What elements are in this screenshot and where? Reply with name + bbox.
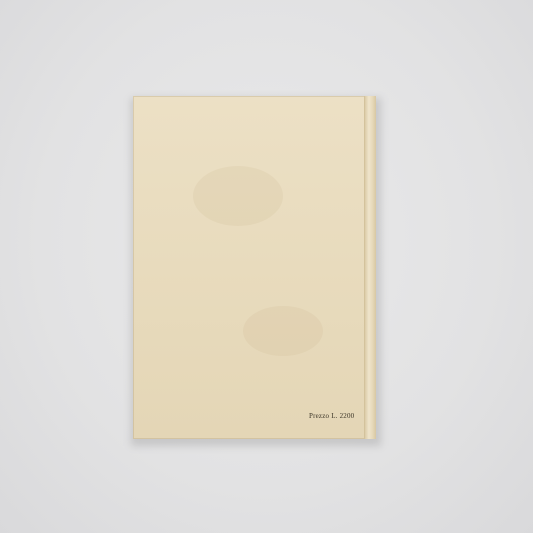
book-back-cover: Prezzo L. 2200 — [133, 96, 376, 439]
cover-stain — [243, 306, 323, 356]
price-label: Prezzo L. 2200 — [309, 412, 354, 420]
cover-stain — [193, 166, 283, 226]
book-spine — [364, 96, 376, 439]
